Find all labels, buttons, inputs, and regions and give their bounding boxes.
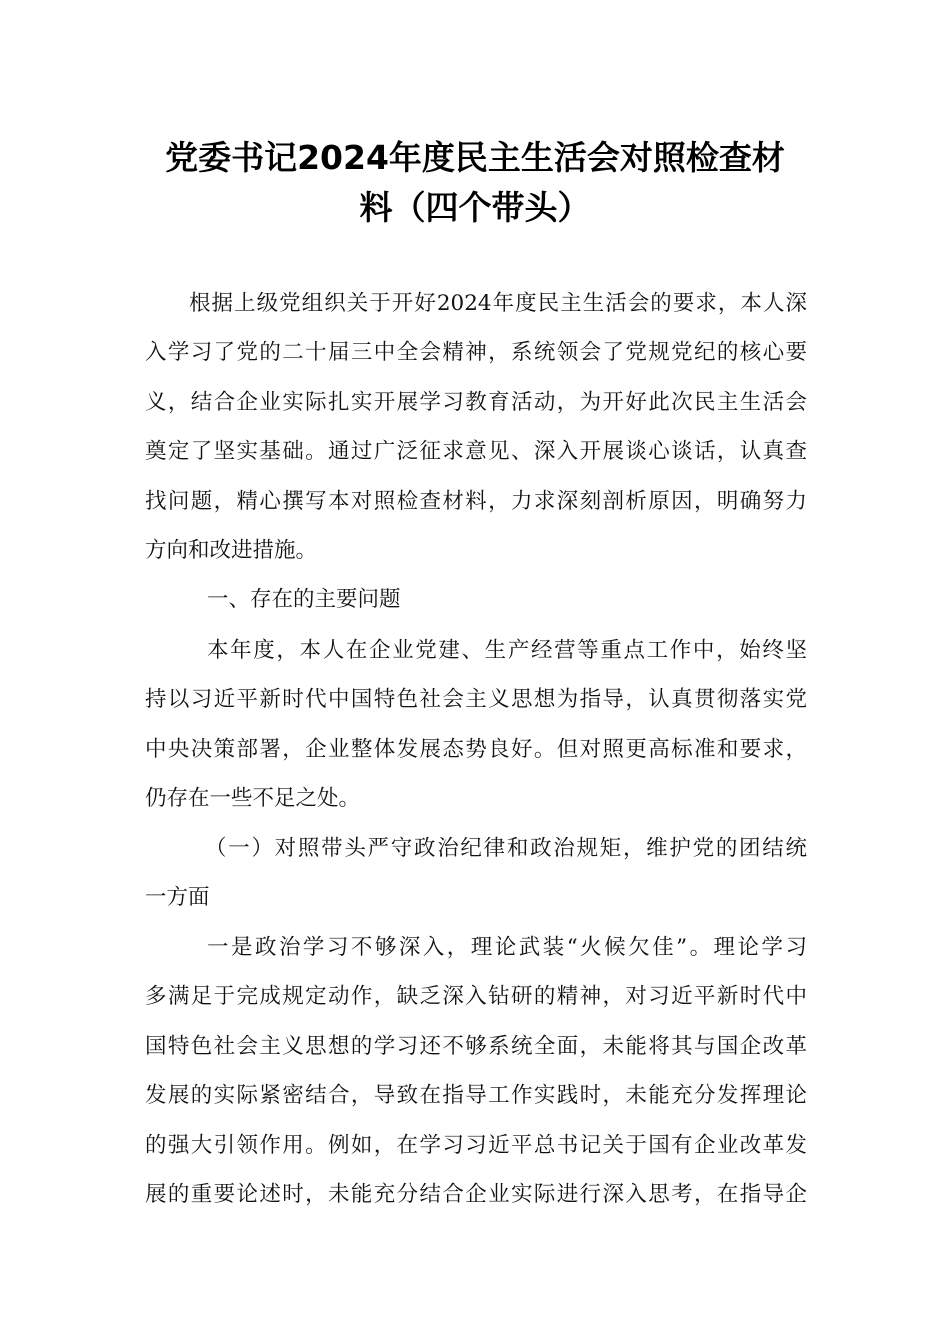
body-text-line: 持以习近平新时代中国特色社会主义思想为指导，认真贯彻落实党 bbox=[145, 682, 807, 713]
body-text-line: 根据上级党组织关于开好2024年度民主生活会的要求，本人深 bbox=[189, 286, 807, 317]
body-text-line: （一）对照带头严守政治纪律和政治规矩，维护党的团结统 bbox=[205, 831, 807, 862]
document-title-line-1: 党委书记2024年度民主生活会对照检查材 bbox=[0, 132, 950, 179]
body-text-line: 本年度，本人在企业党建、生产经营等重点工作中，始终坚 bbox=[207, 633, 807, 664]
body-text-line: 多满足于完成规定动作，缺乏深入钻研的精神，对习近平新时代中 bbox=[145, 979, 807, 1010]
body-text-line: 发展的实际紧密结合，导致在指导工作实践时，未能充分发挥理论 bbox=[145, 1078, 807, 1109]
body-text-line: 一方面 bbox=[145, 880, 807, 911]
body-text-line: 奠定了坚实基础。通过广泛征求意见、深入开展谈心谈话，认真查 bbox=[145, 434, 807, 465]
body-text-line: 义，结合企业实际扎实开展学习教育活动，为开好此次民主生活会 bbox=[145, 385, 807, 416]
body-text-line: 的强大引领作用。例如，在学习习近平总书记关于国有企业改革发 bbox=[145, 1128, 807, 1159]
body-text-line: 仍存在一些不足之处。 bbox=[145, 781, 807, 812]
body-text-line: 一、存在的主要问题 bbox=[207, 582, 807, 613]
body-text-line: 国特色社会主义思想的学习还不够系统全面，未能将其与国企改革 bbox=[145, 1029, 807, 1060]
document-title-line-2: 料（四个带头） bbox=[0, 182, 950, 229]
document-page: 党委书记2024年度民主生活会对照检查材 料（四个带头） 根据上级党组织关于开好… bbox=[0, 0, 950, 1344]
body-text-line: 方向和改进措施。 bbox=[145, 533, 807, 564]
body-text-line: 展的重要论述时，未能充分结合企业实际进行深入思考，在指导企 bbox=[145, 1177, 807, 1208]
body-text-line: 入学习了党的二十届三中全会精神，系统领会了党规党纪的核心要 bbox=[145, 335, 807, 366]
body-text-line: 一是政治学习不够深入，理论武装“火候欠佳”。理论学习 bbox=[207, 930, 807, 961]
body-text-line: 中央决策部署，企业整体发展态势良好。但对照更高标准和要求， bbox=[145, 732, 807, 763]
body-text-line: 找问题，精心撰写本对照检查材料，力求深刻剖析原因，明确努力 bbox=[145, 484, 807, 515]
